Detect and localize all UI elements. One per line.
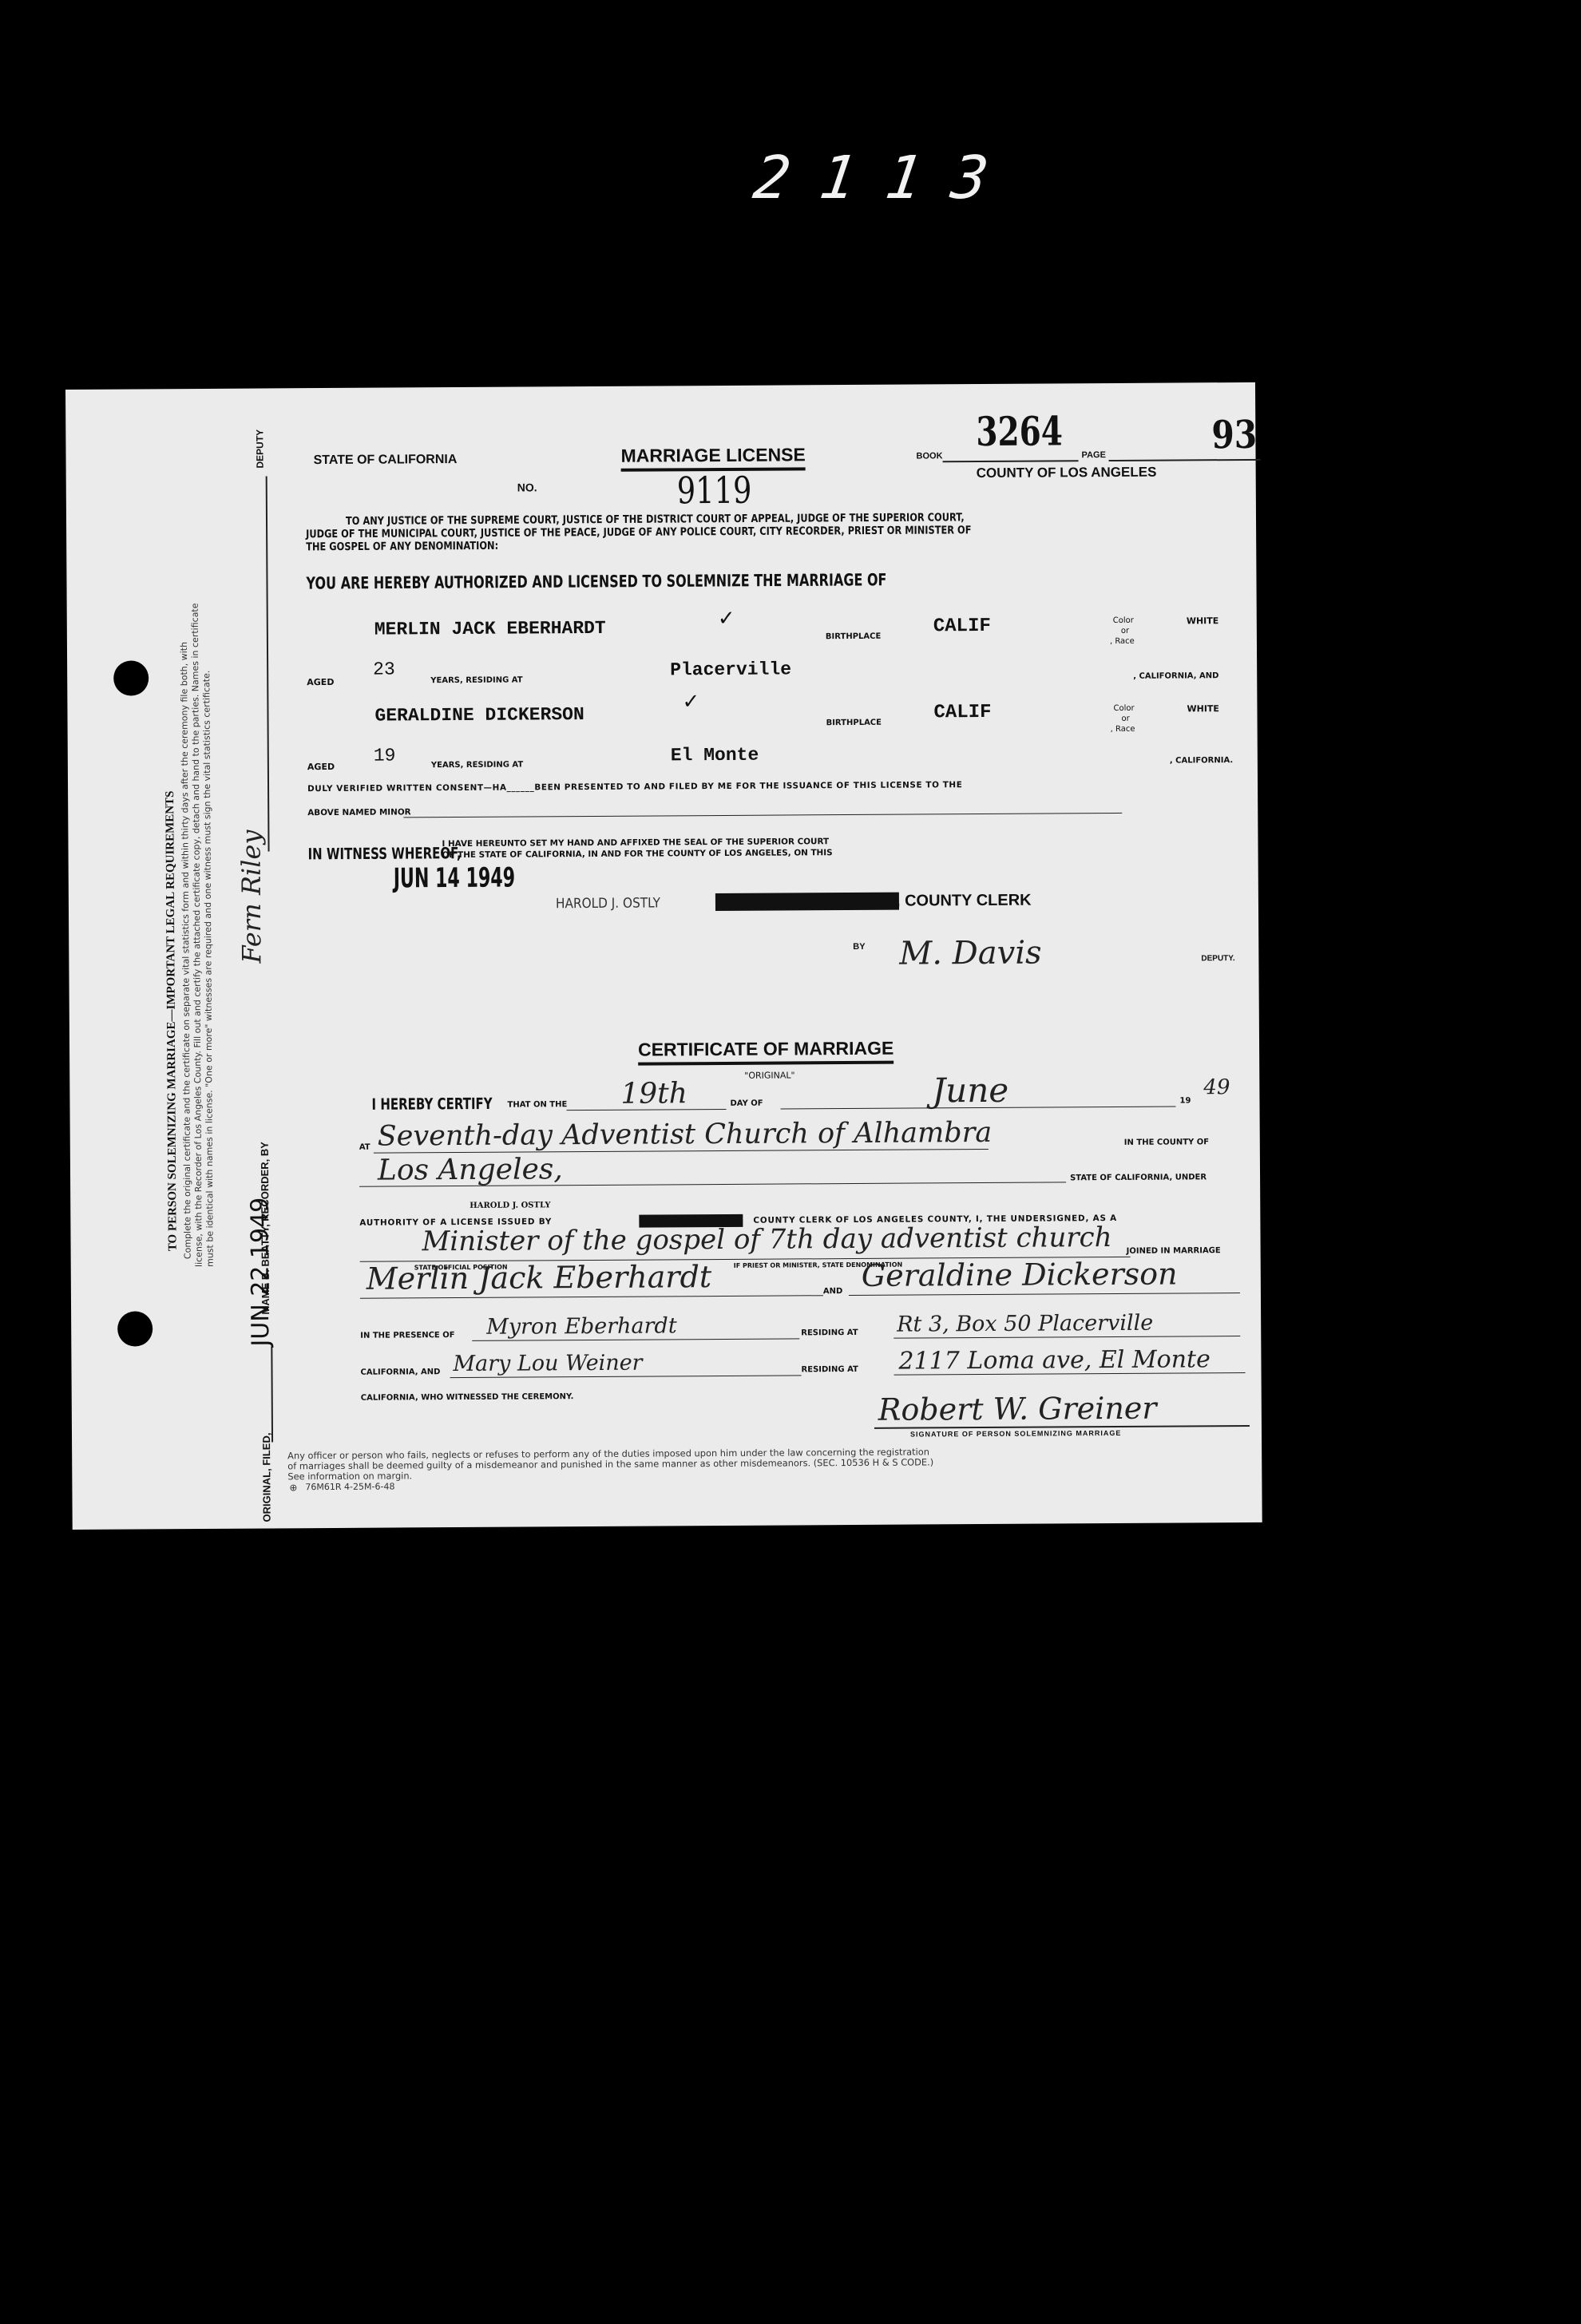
book-label: BOOK: [916, 451, 942, 461]
bride-age: 19: [374, 745, 396, 766]
day-of-label: DAY OF: [730, 1099, 763, 1108]
deputy-signature: M. Davis: [899, 935, 1042, 972]
state-label: STATE OF CALIFORNIA: [313, 453, 457, 468]
hole-punch-bottom: [117, 1311, 153, 1346]
groom-color-label-2: or: [1121, 627, 1129, 635]
hole-punch-top: [113, 660, 149, 695]
book-number: 3264: [976, 407, 1063, 455]
that-on-label: THAT ON THE: [507, 1100, 567, 1109]
ceremony-place: Seventh-day Adventist Church of Alhambra: [378, 1117, 993, 1153]
groom-color-label-3: , Race: [1110, 637, 1135, 646]
deputy-margin-label: DEPUTY: [254, 430, 265, 469]
witness1-name: Myron Eberhardt: [486, 1313, 677, 1339]
bride-color-label-3: , Race: [1111, 725, 1135, 734]
margin-heading: TO PERSON SOLEMNIZING MARRIAGE—IMPORTANT…: [164, 790, 180, 1251]
residing-label-1: RESIDING AT: [801, 1328, 858, 1337]
county-of-label: IN THE COUNTY OF: [1124, 1138, 1209, 1147]
by-label: BY: [853, 942, 865, 952]
issue-date-stamp: JUN 14 1949: [394, 863, 516, 895]
year-prefix: 19: [1179, 1096, 1191, 1105]
groom-name: MERLIN JACK EBERHARDT: [374, 618, 606, 640]
authorization-text: YOU ARE HEREBY AUTHORIZED AND LICENSED T…: [306, 570, 886, 593]
address-line-3: THE GOSPEL OF ANY DENOMINATION:: [306, 539, 498, 553]
groom-age: 23: [373, 659, 395, 679]
groom-birthplace-label: BIRTHPLACE: [826, 632, 881, 641]
license-number: 9119: [677, 469, 752, 513]
consent-line: DULY VERIFIED WRITTEN CONSENT—HA______BE…: [307, 780, 962, 794]
certificate-title: CERTIFICATE OF MARRIAGE: [638, 1038, 894, 1066]
license-deputy-label: DEPUTY.: [1201, 954, 1234, 963]
witness-text-2: OF THE STATE OF CALIFORNIA, IN AND FOR T…: [442, 848, 833, 860]
bride-years-label: YEARS, RESIDING AT: [431, 761, 523, 770]
groom-aged-label: AGED: [307, 677, 334, 687]
bride-color-label-2: or: [1122, 715, 1130, 723]
california-and-label: CALIFORNIA, AND: [360, 1368, 440, 1377]
certify-label: I HEREBY CERTIFY: [371, 1095, 492, 1114]
bride-aged-label: AGED: [307, 762, 335, 772]
signature-caption: SIGNATURE OF PERSON SOLEMNIZING MARRIAGE: [910, 1429, 1121, 1439]
form-code: 76M61R 4-25M-6-48: [305, 1482, 394, 1493]
clerk-name: HAROLD J. OSTLY: [556, 895, 660, 912]
penalty-line-3: See information on margin.: [287, 1470, 412, 1482]
recorder-signature-line: [266, 476, 270, 851]
couple-line-2: [849, 1293, 1240, 1296]
ceremony-day: 19th: [620, 1077, 687, 1111]
groom-signature: Merlin Jack Eberhardt: [367, 1259, 712, 1297]
state-under-label: STATE OF CALIFORNIA, UNDER: [1070, 1173, 1207, 1182]
groom-residence-suffix: , CALIFORNIA, AND: [1133, 671, 1218, 681]
witness-whereof-label: IN WITNESS WHEREOF,: [307, 844, 461, 864]
officiant-position: Minister of the gospel of 7th day advent…: [422, 1221, 1111, 1257]
bride-check-icon: ✓: [682, 689, 699, 714]
frame-number: 2113: [750, 144, 966, 208]
page-line: [1109, 459, 1261, 461]
license-title: MARRIAGE LICENSE: [620, 444, 805, 471]
at-label: AT: [359, 1143, 370, 1152]
clerk-redacted: EARL LIPPOLD: [715, 893, 899, 911]
witness-text-1: I HAVE HEREUNTO SET MY HAND AND AFFIXED …: [442, 837, 829, 849]
ceremony-county: Los Angeles,: [378, 1153, 563, 1186]
witness2-name: Mary Lou Weiner: [453, 1351, 642, 1376]
minor-line: [403, 813, 1122, 818]
number-label: NO.: [517, 481, 537, 493]
groom-color-label-1: Color: [1113, 616, 1134, 625]
bride-name: GERALDINE DICKERSON: [374, 704, 584, 726]
groom-race: WHITE: [1187, 616, 1219, 626]
certificate-subtitle: "ORIGINAL": [744, 1070, 794, 1080]
page-number: 93: [1211, 413, 1257, 457]
joined-label: JOINED IN MARRIAGE: [1127, 1246, 1221, 1256]
and-label: AND: [823, 1287, 842, 1296]
page-label: PAGE: [1081, 450, 1105, 460]
groom-years-label: YEARS, RESIDING AT: [430, 676, 522, 686]
marriage-license-document: TO PERSON SOLEMNIZING MARRIAGE—IMPORTANT…: [65, 382, 1262, 1530]
groom-check-icon: ✓: [718, 606, 735, 631]
minor-label: ABOVE NAMED MINOR: [307, 807, 411, 818]
bride-race: WHITE: [1187, 703, 1219, 714]
union-bug-icon: ⊕: [289, 1482, 297, 1493]
book-line: [943, 460, 1079, 462]
bride-residence: El Monte: [671, 745, 759, 766]
ceremony-month: June: [932, 1071, 1008, 1111]
witnessed-label: CALIFORNIA, WHO WITNESSED THE CEREMONY.: [361, 1392, 574, 1403]
clerk-overprint: HAROLD J. OSTLY: [470, 1201, 550, 1210]
bride-signature: Geraldine Dickerson: [862, 1257, 1178, 1293]
groom-residence: Placerville: [670, 659, 791, 680]
bride-residence-suffix: , CALIFORNIA.: [1170, 756, 1233, 765]
clerk-title: , COUNTY CLERK: [896, 892, 1032, 911]
witness1-address: Rt 3, Box 50 Placerville: [897, 1311, 1153, 1337]
residing-label-2: RESIDING AT: [801, 1365, 858, 1374]
recorder-signature: Fern Riley: [236, 829, 267, 963]
presence-label: IN THE PRESENCE OF: [360, 1331, 454, 1340]
bride-birthplace-label: BIRTHPLACE: [826, 719, 882, 727]
officiant-signature: Robert W. Greiner: [878, 1391, 1157, 1427]
bride-birthplace: CALIF: [933, 702, 991, 723]
ceremony-year: 49: [1203, 1075, 1230, 1099]
recorder-label: MAME B. BEATTY, RECORDER, BY: [259, 1142, 271, 1315]
bride-color-label-1: Color: [1113, 704, 1134, 713]
filed-line: [271, 1346, 273, 1442]
groom-birthplace: CALIF: [933, 616, 991, 637]
filed-label: ORIGINAL, FILED,: [260, 1432, 273, 1522]
county-label: COUNTY OF LOS ANGELES: [977, 465, 1157, 481]
witness2-address: 2117 Loma ave, El Monte: [898, 1345, 1211, 1375]
